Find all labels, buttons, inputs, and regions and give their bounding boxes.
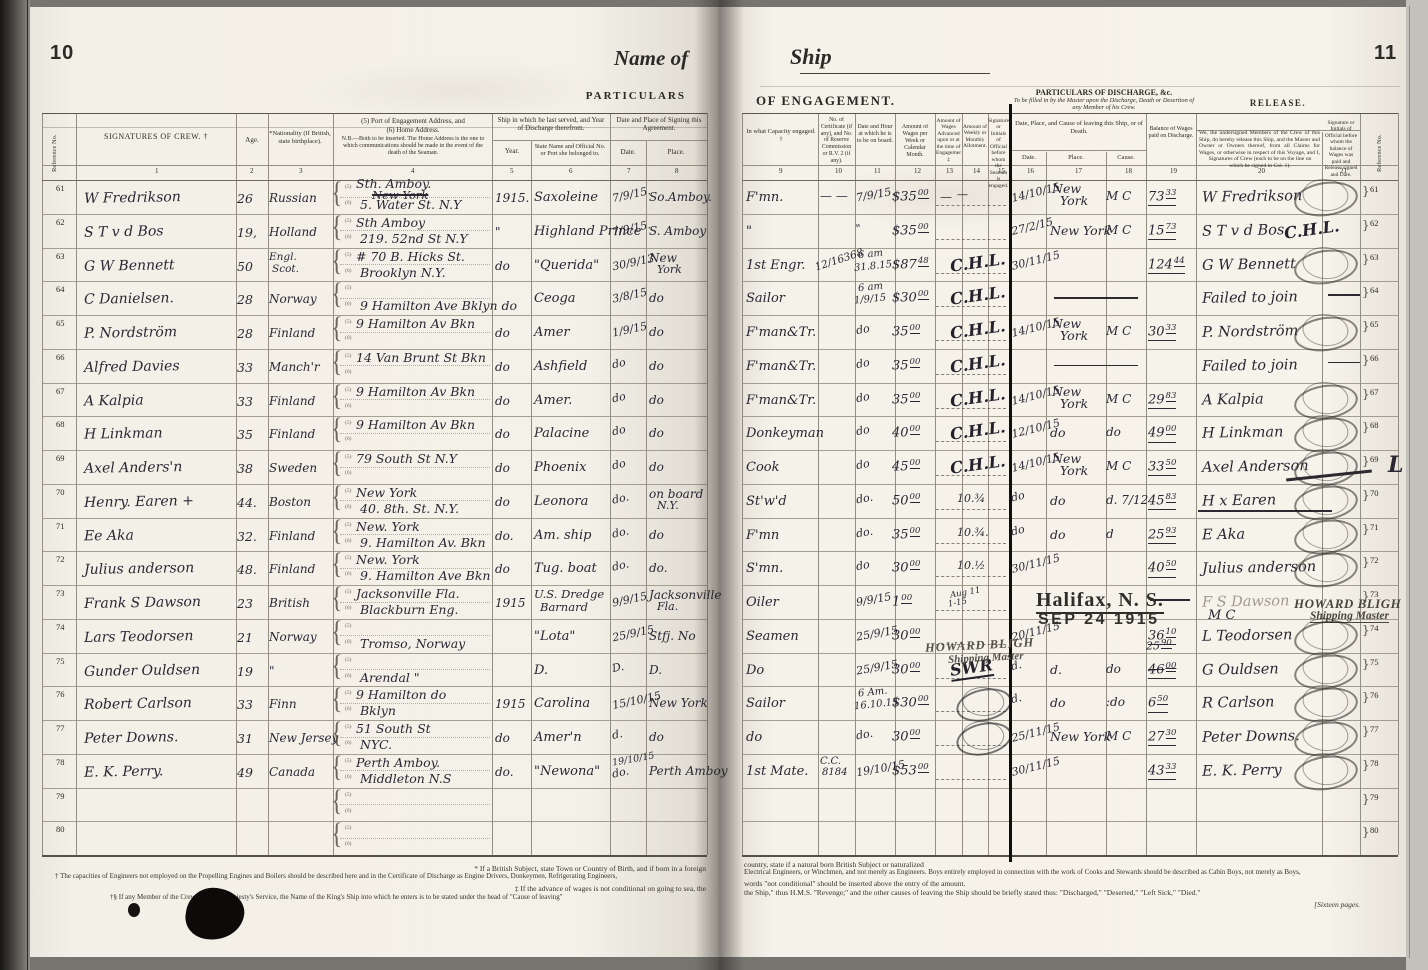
- address-line-2: Brooklyn N.Y.: [360, 265, 446, 280]
- ledger-dash-leader: [936, 610, 1006, 611]
- address-slot-5: (5): [345, 353, 351, 359]
- wage-balance: 4583: [1148, 492, 1176, 510]
- wage-balance: 73: [1148, 189, 1165, 204]
- release-signature: Failed to join: [1202, 357, 1298, 375]
- row-reference-number: 67: [56, 386, 65, 396]
- release-signature: P. Nordström: [1202, 323, 1299, 341]
- signing-place: do: [649, 460, 664, 474]
- address-brace: {: [331, 583, 343, 613]
- discharge-cause: M C: [1106, 223, 1131, 237]
- signing-place: do.: [649, 561, 668, 575]
- address-line-2: Arendal ": [360, 670, 420, 685]
- board-date: do: [855, 558, 871, 573]
- particulars-label: PARTICULARS: [566, 90, 686, 102]
- page-number-right: 11: [1374, 42, 1397, 65]
- board-date: do: [855, 322, 871, 337]
- address-line-2: 9 Hamilton Ave Bklyn do: [360, 298, 517, 313]
- row-reference-number: 76: [56, 689, 65, 699]
- last-ship-name: Carolina: [534, 696, 590, 711]
- last-ship-name: Ceoga: [534, 291, 576, 306]
- capacity: St'w'd: [746, 494, 787, 509]
- row-reference-number: 77: [1370, 724, 1379, 734]
- table-row-line: [742, 754, 1398, 755]
- address-brace: {: [331, 617, 343, 647]
- address-mid-rule: [340, 838, 490, 839]
- ledger-dash-leader: [936, 475, 1006, 476]
- address-slot-5: (5): [345, 285, 351, 291]
- address-line-1: New. York: [356, 552, 420, 567]
- row-reference-number: 76: [1370, 690, 1379, 700]
- signing-place: New York: [649, 696, 708, 710]
- column-number: 5: [510, 167, 514, 175]
- signing-date: do: [611, 389, 627, 405]
- signing-date: do: [611, 355, 627, 371]
- ref-brace: }: [1362, 488, 1370, 502]
- crew-age: 21: [237, 630, 253, 645]
- table-row-line: [42, 855, 707, 857]
- place-col-header: Place.: [648, 148, 704, 156]
- wages-cents: 00: [910, 458, 921, 469]
- wages: 3500: [892, 526, 920, 542]
- address-line-1: New York: [356, 485, 417, 500]
- address-line-2: 9. Hamilton Av. Bkn: [360, 535, 486, 550]
- release-text-header: We, the undersigned Members of the Crew …: [1199, 130, 1320, 155]
- ref-brace: }: [1362, 792, 1370, 806]
- address-brace: {: [331, 651, 343, 681]
- capacity: 1st Mate.: [746, 764, 808, 779]
- wage-balance-cents: 30: [1166, 728, 1177, 739]
- certificate-col-header: No. of Certificate (if any), and No. of …: [819, 117, 854, 165]
- column-number: 17: [1075, 167, 1082, 175]
- wage-balance: 4900: [1148, 424, 1176, 442]
- last-ship-name: Palacine: [534, 426, 589, 441]
- address-slot-5: (5): [345, 657, 351, 663]
- nationality-col-header: *Nationality (If British, state birthpla…: [269, 130, 331, 145]
- wages: 4500: [892, 458, 920, 474]
- column-number: 21: [1340, 167, 1347, 175]
- crew-age: 19,: [237, 225, 257, 240]
- address-slot-6: (6): [345, 538, 351, 544]
- crew-nationality: ": [269, 664, 275, 678]
- release-signature: E Aka: [1202, 526, 1245, 543]
- crew-name: Ee Aka: [84, 527, 134, 544]
- balance-col-header: Balance of Wages paid on Discharge.: [1148, 126, 1194, 140]
- address-slot-6: (6): [345, 470, 351, 476]
- row-reference-number: 71: [56, 521, 65, 531]
- last-ship-year: 1915.: [495, 191, 529, 205]
- allotment: 10.½: [957, 559, 985, 572]
- crew-nationality: Engl.: [269, 251, 297, 263]
- address-mid-rule: [340, 467, 490, 468]
- row-reference-number: 78: [56, 757, 65, 767]
- ship-name-col-header: State Name and Official No. or Port she …: [532, 143, 608, 158]
- address-slot-5: (5): [345, 454, 351, 460]
- address-line-1: 9 Hamilton Av Bkn: [356, 316, 475, 331]
- capacity-col-header: In what Capacity engaged. †: [744, 128, 818, 143]
- address-slot-6: (6): [345, 369, 351, 375]
- discharge-place: do: [1050, 425, 1066, 440]
- crew-age: 33: [237, 394, 253, 409]
- ref-brace: }: [1362, 252, 1370, 266]
- table-row-line: [742, 518, 1398, 519]
- address-line-1: Sth. Amboy.: [356, 176, 431, 191]
- table-row-line: [42, 821, 707, 822]
- last-ship-name: U.S. Dredge: [534, 587, 604, 601]
- wage-balance: 2730: [1148, 728, 1176, 746]
- release-signature: H x Earen: [1202, 492, 1276, 509]
- address-brace: {: [331, 347, 343, 377]
- wage-balance-cents: 83: [1166, 391, 1177, 402]
- wage-balance: 4050: [1148, 559, 1176, 577]
- crew-age: 28: [237, 326, 253, 341]
- wages: 50: [892, 493, 909, 508]
- last-ship-year: do.: [495, 765, 514, 779]
- crew-age: 23: [237, 596, 253, 611]
- address-line-1: Perth Amboy.: [356, 755, 440, 770]
- wage-balance: 33: [1148, 459, 1165, 474]
- margin-ink-mark: L: [1388, 452, 1403, 478]
- row-reference-number: 79: [56, 791, 65, 801]
- capacity: F'man&Tr.: [746, 325, 816, 340]
- address-brace: {: [331, 786, 343, 816]
- row-reference-number: 74: [1370, 623, 1379, 633]
- year-col-header: Year.: [494, 147, 530, 155]
- crew-name: Robert Carlson: [84, 695, 192, 713]
- wages: 3500: [892, 323, 920, 339]
- wage-balance: 46: [1148, 662, 1165, 677]
- wages-cents: 00: [918, 222, 929, 233]
- discharge-place-2: York: [1060, 193, 1088, 208]
- column-number: 10: [835, 167, 842, 175]
- last-ship-year: do: [495, 461, 510, 475]
- crew-name: Peter Downs.: [84, 729, 179, 747]
- wages: 35: [892, 527, 909, 542]
- discharge-place-2: York: [1060, 328, 1088, 343]
- wage-balance-cents: 73: [1166, 222, 1177, 233]
- wage-balance-2-cents: 90: [1161, 638, 1172, 649]
- address-brace: {: [331, 516, 343, 546]
- allotment: 10.¾: [957, 492, 985, 505]
- row-reference-number: 69: [1370, 454, 1379, 464]
- wages-cents: 00: [910, 492, 921, 503]
- table-row-line: [42, 788, 707, 789]
- address-slot-6: (6): [345, 301, 351, 307]
- release-signature: L Teodorsen: [1202, 627, 1293, 645]
- address-header-note: N.B.—Both to be inserted. The Home Addre…: [338, 136, 488, 162]
- signing-place: do: [649, 291, 664, 305]
- crew-name: Lars Teodorsen: [84, 628, 194, 646]
- address-slot-6: (6): [345, 504, 351, 510]
- address-brace: {: [331, 684, 343, 714]
- address-slot-6: (6): [345, 571, 351, 577]
- table-row-line: [492, 140, 707, 141]
- address-slot-5: (5): [345, 184, 351, 190]
- row-reference-number: 65: [1370, 319, 1379, 329]
- discharge-subheading: To be filled in by the Master upon the D…: [1012, 97, 1196, 112]
- ref-brace: }: [1362, 387, 1370, 401]
- crew-age: 48.: [237, 562, 257, 577]
- last-ship-name: Ashfield: [534, 359, 587, 374]
- last-ship-name: Am. ship: [534, 528, 592, 543]
- signing-place: do: [649, 393, 664, 407]
- crew-nationality: Boston: [269, 495, 311, 509]
- wages: 30: [892, 561, 909, 576]
- address-slot-5: (5): [345, 690, 351, 696]
- column-number: 7: [627, 167, 631, 175]
- release-signature: Axel Anderson: [1202, 458, 1309, 476]
- row-reference-number: 62: [56, 217, 65, 227]
- wages-cents: 00: [910, 357, 921, 368]
- ref-brace: }: [1362, 285, 1370, 299]
- table-row-line: [42, 281, 707, 282]
- ref-col-header-right: Reference No.: [1376, 122, 1383, 172]
- signing-place-2: York: [657, 263, 682, 276]
- address-brace: {: [331, 752, 343, 782]
- address-brace: {: [331, 448, 343, 478]
- address-mid-rule: [340, 433, 490, 434]
- head-rule-right: [760, 86, 1400, 87]
- crew-name: G W Bennett: [84, 257, 175, 275]
- wages-cents: 00: [910, 391, 921, 402]
- row-reference-number: 80: [1370, 825, 1379, 835]
- capacity: Cook: [746, 460, 779, 475]
- signing-place: D.: [649, 663, 662, 677]
- column-number: 9: [779, 167, 783, 175]
- discharge-place-2: York: [1060, 396, 1088, 411]
- signing-place-2: Fla.: [657, 600, 678, 613]
- crew-age: 38: [237, 461, 253, 476]
- wage-balance-cents: 33: [1166, 188, 1177, 199]
- footnote-right-2: Electrical Engineers, or Winchmen, and n…: [744, 869, 1394, 877]
- board-date: do: [855, 457, 871, 472]
- ref-brace: }: [1362, 184, 1370, 198]
- last-ship-name: Amer: [534, 325, 570, 340]
- crew-nationality: Sweden: [269, 461, 317, 475]
- ref-brace: }: [1362, 825, 1370, 839]
- allotment: 10.¾.: [957, 526, 989, 539]
- ledger-dash-leader: [936, 306, 1006, 307]
- last-ship-name: Amer.: [534, 393, 572, 408]
- signing-place: do: [649, 426, 664, 440]
- address-slot-6: (6): [345, 774, 351, 780]
- wages: 3000: [892, 728, 920, 744]
- crew-nationality: British: [269, 596, 310, 610]
- address-brace: {: [331, 279, 343, 309]
- discharge-dash: [1054, 297, 1138, 299]
- ink-blot-small: [128, 903, 140, 917]
- page-edge-right: [1406, 0, 1428, 970]
- crew-name: A Kalpia: [84, 392, 144, 409]
- row-reference-number: 65: [56, 318, 65, 328]
- wage-balance-cents: 50: [1166, 458, 1177, 469]
- last-ship-year: do.: [495, 529, 514, 543]
- wages-col-header: Amount of Wages per Week or Calendar Mon…: [896, 124, 934, 159]
- wages: 3000: [892, 559, 920, 575]
- release-signature: W Fredrikson: [1202, 188, 1302, 206]
- ref-brace: }: [1362, 522, 1370, 536]
- wages: $3000: [892, 694, 929, 710]
- wages: $35: [892, 223, 917, 238]
- wage-balance: 12444: [1148, 256, 1185, 274]
- wage-balance: 650: [1148, 694, 1168, 712]
- last-ship-name: Amer'n: [534, 730, 582, 745]
- wages: 30: [892, 628, 909, 643]
- column-number: 6: [569, 167, 573, 175]
- release-signature: S T v d Bos: [1202, 222, 1285, 239]
- row-reference-number: 66: [56, 352, 65, 362]
- address-brace: {: [331, 246, 343, 276]
- capacity: F'man&Tr.: [746, 393, 816, 408]
- wages: 3000: [892, 627, 920, 643]
- wage-balance: 7333: [1148, 188, 1176, 206]
- wage-balance-cents: 33: [1166, 762, 1177, 773]
- wage-balance: 124: [1148, 257, 1173, 272]
- wage-balance-cents: 33: [1166, 323, 1177, 334]
- ledger-dash-leader: [936, 509, 1006, 510]
- signing-place-2: N.Y.: [657, 499, 679, 512]
- discharge-cause: d. 7/12: [1106, 493, 1148, 507]
- column-number: 20: [1258, 167, 1265, 175]
- wages: 40: [892, 426, 909, 441]
- crew-age: 49: [237, 765, 253, 780]
- capacity: Donkeyman: [746, 426, 824, 441]
- wages: 100: [892, 593, 912, 609]
- address-brace: {: [331, 549, 343, 579]
- row-reference-number: 71: [1370, 522, 1379, 532]
- discharge-place: d.: [1050, 662, 1062, 677]
- crew-name: Alfred Davies: [84, 358, 180, 376]
- row-reference-number: 61: [1370, 184, 1379, 194]
- crew-name: C Danielsen.: [84, 290, 174, 308]
- column-number: 1: [155, 167, 159, 175]
- table-row-line: [742, 653, 1398, 654]
- discharge-place: do: [1050, 493, 1066, 508]
- address-mid-rule: [340, 804, 490, 805]
- page-title-left: Name of: [614, 46, 688, 71]
- last-ship-name: Tug. boat: [534, 561, 597, 576]
- wages: $3500: [892, 222, 929, 238]
- discharge-date: do: [1010, 522, 1026, 538]
- ref-brace: }: [1362, 353, 1370, 367]
- column-number: 8: [675, 167, 679, 175]
- address-line-1: Sth Amboy: [356, 215, 425, 230]
- row-reference-number: 77: [56, 723, 65, 733]
- table-row-line: [1012, 150, 1146, 151]
- wages-cents: 00: [910, 559, 921, 570]
- wages: 35: [892, 324, 909, 339]
- row-reference-number: 75: [56, 656, 65, 666]
- last-ship-year: ": [495, 225, 501, 239]
- signing-place: So.Amboy.: [649, 190, 712, 204]
- crew-nationality: Canada: [269, 765, 315, 779]
- discharge-place: New York: [1050, 729, 1111, 744]
- table-row-line: [742, 821, 1398, 822]
- wages: 1: [892, 594, 900, 609]
- address-slot-5: (5): [345, 623, 351, 629]
- signing-place: do: [649, 730, 664, 744]
- ref-brace: }: [1362, 420, 1370, 434]
- wage-balance: 3350: [1148, 458, 1176, 476]
- address-slot-5: (5): [345, 387, 351, 393]
- address-slot-5: (5): [345, 522, 351, 528]
- crew-nationality: Finland: [269, 427, 315, 441]
- address-slot-6: (6): [345, 639, 351, 645]
- wages: 35: [892, 392, 909, 407]
- discharge-cause: do: [1106, 662, 1121, 676]
- release-signature: A Kalpia: [1202, 391, 1264, 408]
- crew-age: 50: [237, 259, 253, 274]
- ref-brace: }: [1362, 690, 1370, 704]
- halifax-stamp-date: SEP 24 1915: [1038, 611, 1160, 629]
- crew-age: 33: [237, 360, 253, 375]
- wage-balance: 2983: [1148, 391, 1176, 409]
- allotment-col-header: Amount of Weekly or Monthly Allotment.: [963, 124, 987, 150]
- wages-cents: 00: [910, 661, 921, 672]
- address-brace: {: [331, 212, 343, 242]
- column-number: 4: [411, 167, 415, 175]
- last-ship-year: do: [495, 394, 510, 408]
- signing-place: Stfj. No: [649, 629, 696, 643]
- capacity: F'mn.: [746, 190, 783, 205]
- wage-balance-cents: 00: [1166, 661, 1177, 672]
- capacity: Sailor: [746, 291, 785, 306]
- row-reference-number: 74: [56, 622, 65, 632]
- address-slot-6: (6): [345, 706, 351, 712]
- crew-age: 44.: [237, 495, 257, 510]
- address-slot-6: (6): [345, 436, 351, 442]
- board-date: do: [855, 423, 871, 438]
- address-line-1: 9 Hamilton do: [356, 687, 446, 702]
- ref-brace: }: [1362, 657, 1370, 671]
- wages: $5300: [892, 762, 929, 778]
- table-row-line: [742, 720, 1398, 721]
- crew-nationality: Finland: [269, 394, 315, 408]
- ref-col-header-left: Reference No.: [51, 122, 58, 172]
- address-slot-6: (6): [345, 808, 351, 814]
- last-ship-name: "Querida": [534, 258, 599, 273]
- crew-nationality: Norway: [269, 292, 317, 306]
- discharge-cause: do: [1106, 425, 1121, 439]
- wage-balance-2: 2590: [1146, 638, 1172, 653]
- table-column-line: [707, 113, 708, 855]
- footnote-double-dagger: ‡ If the advance of wages is not conditi…: [260, 884, 706, 893]
- wages-cents: 48: [918, 256, 929, 267]
- crew-nationality-2: Scot.: [272, 263, 299, 275]
- wage-balance-cents: 50: [1157, 694, 1168, 705]
- address-line-2: 9. Hamilton Ave Bkn: [360, 568, 490, 583]
- column-number: 14: [973, 167, 980, 175]
- signatures-col-header: SIGNATURES OF CREW. †: [78, 132, 234, 141]
- release-heading: RELEASE.: [1200, 98, 1356, 109]
- row-reference-number: 69: [56, 453, 65, 463]
- row-reference-number: 70: [1370, 488, 1379, 498]
- crew-age: 19: [237, 664, 253, 679]
- wages: $35: [892, 189, 917, 204]
- capacity: F'man&Tr.: [746, 359, 816, 374]
- release-official-dash: [1328, 362, 1360, 364]
- column-number: 15: [998, 167, 1005, 175]
- wage-balance-cents: 00: [1166, 424, 1177, 435]
- ref-brace: }: [1362, 319, 1370, 333]
- wages: 3000: [892, 661, 920, 677]
- crew-nationality: Finland: [269, 562, 315, 576]
- address-line-2: 40. 8th. St. N.Y.: [360, 501, 459, 516]
- capacity: S'mn.: [746, 561, 783, 576]
- row-reference-number: 68: [56, 419, 65, 429]
- address-line-1: 14 Van Brunt St Bkn: [356, 350, 486, 365]
- board-date: do.: [855, 524, 874, 540]
- wage-balance: 40: [1148, 561, 1165, 576]
